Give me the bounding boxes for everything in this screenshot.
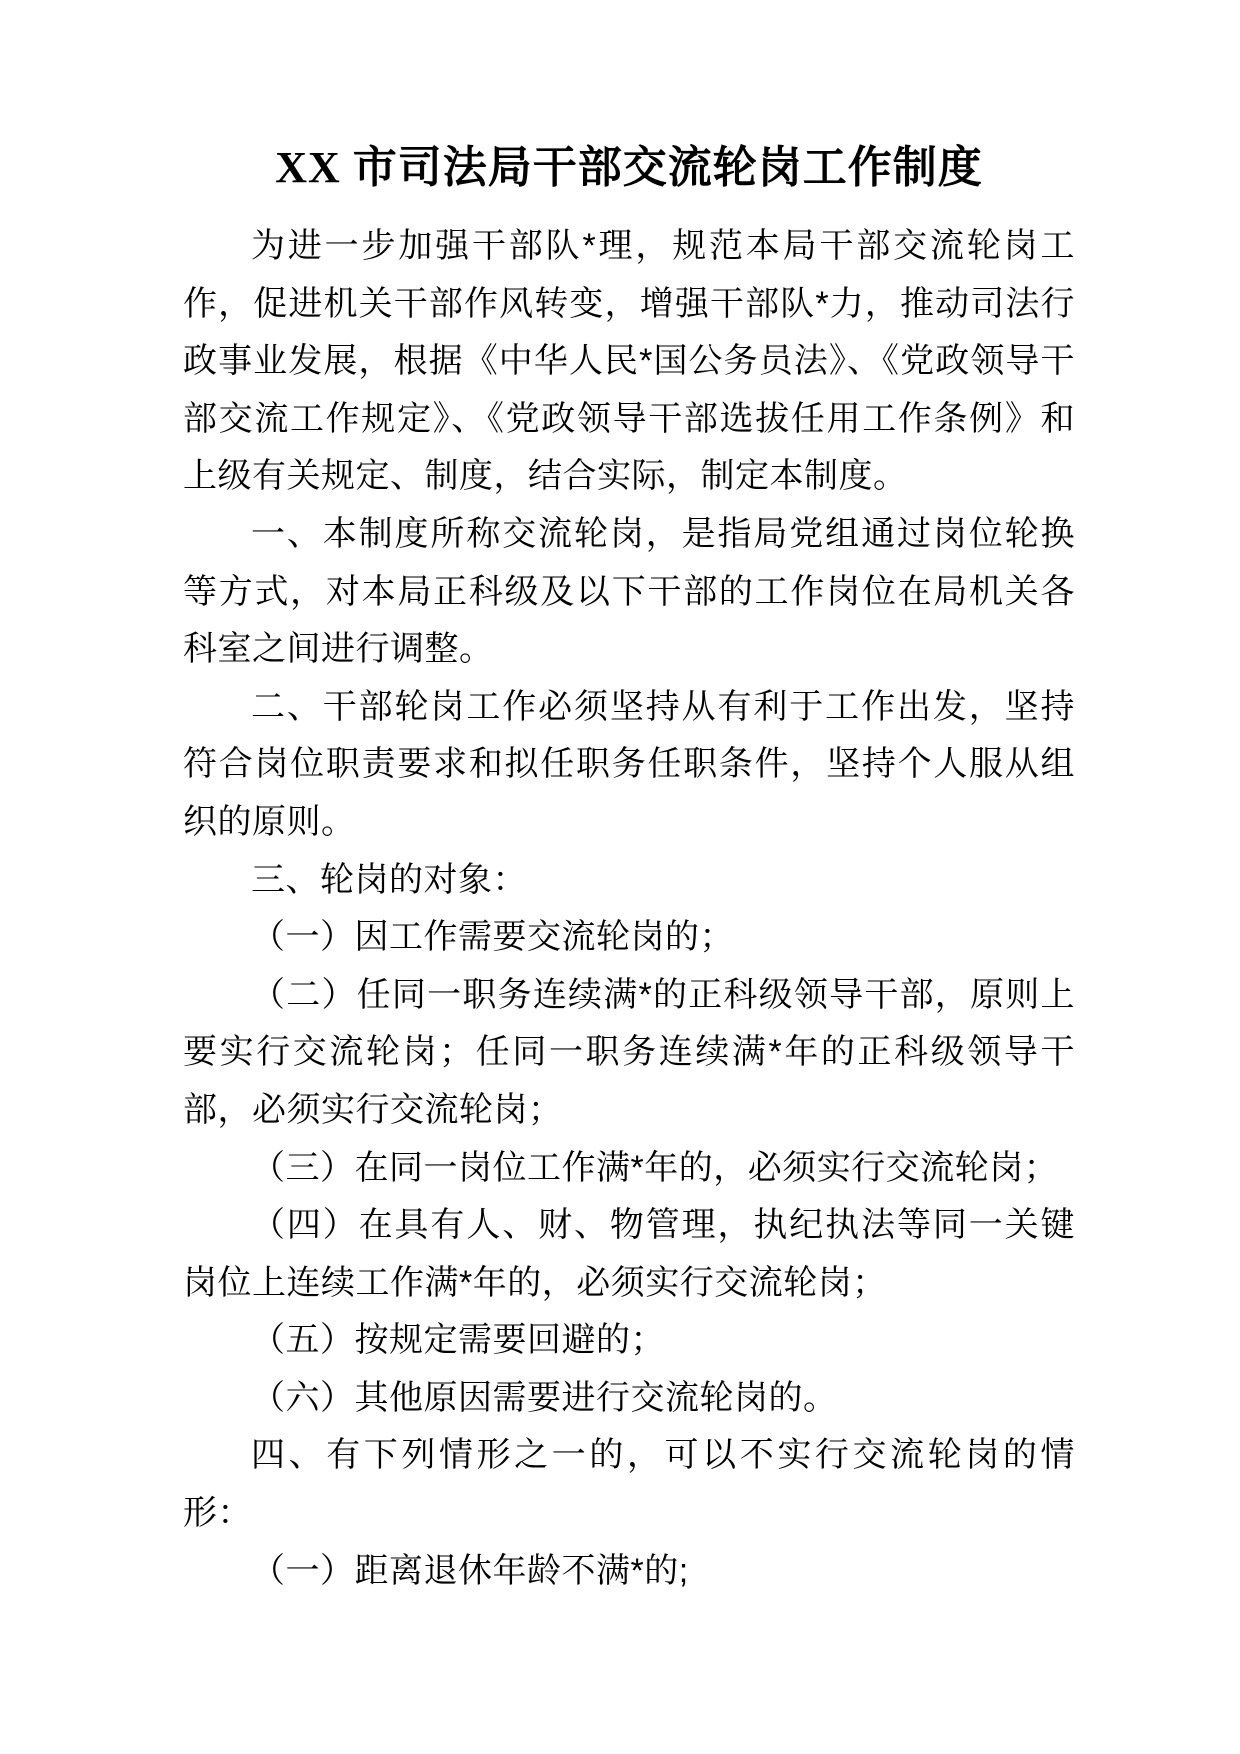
paragraph-item-3-3: （三）在同一岗位工作满*年的，必须实行交流轮岗；: [183, 1140, 1075, 1198]
paragraph-item-3-1: （一）因工作需要交流轮岗的；: [183, 909, 1075, 967]
document-title: XX 市司法局干部交流轮岗工作制度: [183, 134, 1075, 202]
paragraph-article-2: 二、干部轮岗工作必须坚持从有利于工作出发，坚持符合岗位职责要求和拟任职务任职条件…: [183, 679, 1075, 852]
paragraph-item-3-4: （四）在具有人、财、物管理，执纪执法等同一关键岗位上连续工作满*年的，必须实行交…: [183, 1197, 1075, 1312]
paragraph-article-1: 一、本制度所称交流轮岗，是指局党组通过岗位轮换等方式，对本局正科级及以下干部的工…: [183, 506, 1075, 679]
paragraph-intro: 为进一步加强干部队*理，规范本局干部交流轮岗工作，促进机关干部作风转变，增强干部…: [183, 218, 1075, 506]
document-body: 为进一步加强干部队*理，规范本局干部交流轮岗工作，促进机关干部作风转变，增强干部…: [183, 218, 1075, 1600]
paragraph-item-3-2: （二）任同一职务连续满*的正科级领导干部，原则上要实行交流轮岗；任同一职务连续满…: [183, 967, 1075, 1140]
paragraph-article-3: 三、轮岗的对象：: [183, 852, 1075, 910]
paragraph-item-3-5: （五）按规定需要回避的；: [183, 1312, 1075, 1370]
paragraph-item-4-1: （一）距离退休年龄不满*的;: [183, 1543, 1075, 1601]
document-page: XX 市司法局干部交流轮岗工作制度 为进一步加强干部队*理，规范本局干部交流轮岗…: [0, 0, 1240, 1754]
paragraph-article-4: 四、有下列情形之一的，可以不实行交流轮岗的情形：: [183, 1427, 1075, 1542]
paragraph-item-3-6: （六）其他原因需要进行交流轮岗的。: [183, 1370, 1075, 1428]
document-content: XX 市司法局干部交流轮岗工作制度 为进一步加强干部队*理，规范本局干部交流轮岗…: [183, 0, 1075, 1600]
